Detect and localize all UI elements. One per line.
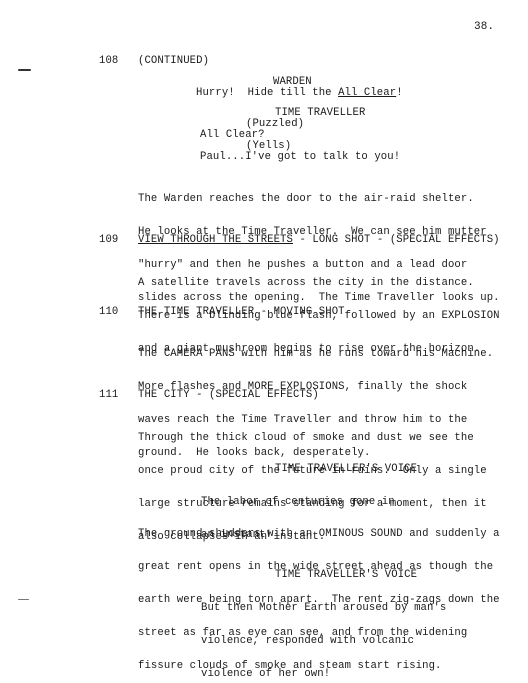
scene-number: 109 — [99, 235, 118, 246]
binder-hole-mark — [18, 599, 29, 600]
scene-number: 108 — [99, 56, 118, 67]
dialogue: Paul...I've got to talk to you! — [200, 152, 400, 163]
scene-heading: THE CITY - (SPECIAL EFFECTS) — [138, 390, 319, 401]
scene-number: 110 — [99, 307, 118, 318]
dialogue: Hurry! Hide till the All Clear! — [196, 88, 403, 99]
scene-number: 111 — [99, 390, 118, 401]
dialogue: But then Mother Earth aroused by man's v… — [201, 581, 446, 683]
page-number: 38. — [474, 22, 494, 33]
binder-hole-mark — [18, 69, 31, 71]
scene-heading: THE TIME TRAVELLER - MOVING SHOT — [138, 307, 345, 318]
character-name: TIME TRAVELLER'S VOICE — [275, 570, 417, 581]
scene-heading: VIEW THROUGH THE STREETS - LONG SHOT - (… — [138, 235, 500, 246]
character-name: TIME TRAVELLER'S VOICE — [275, 464, 417, 475]
scene-heading: (CONTINUED) — [138, 56, 209, 67]
